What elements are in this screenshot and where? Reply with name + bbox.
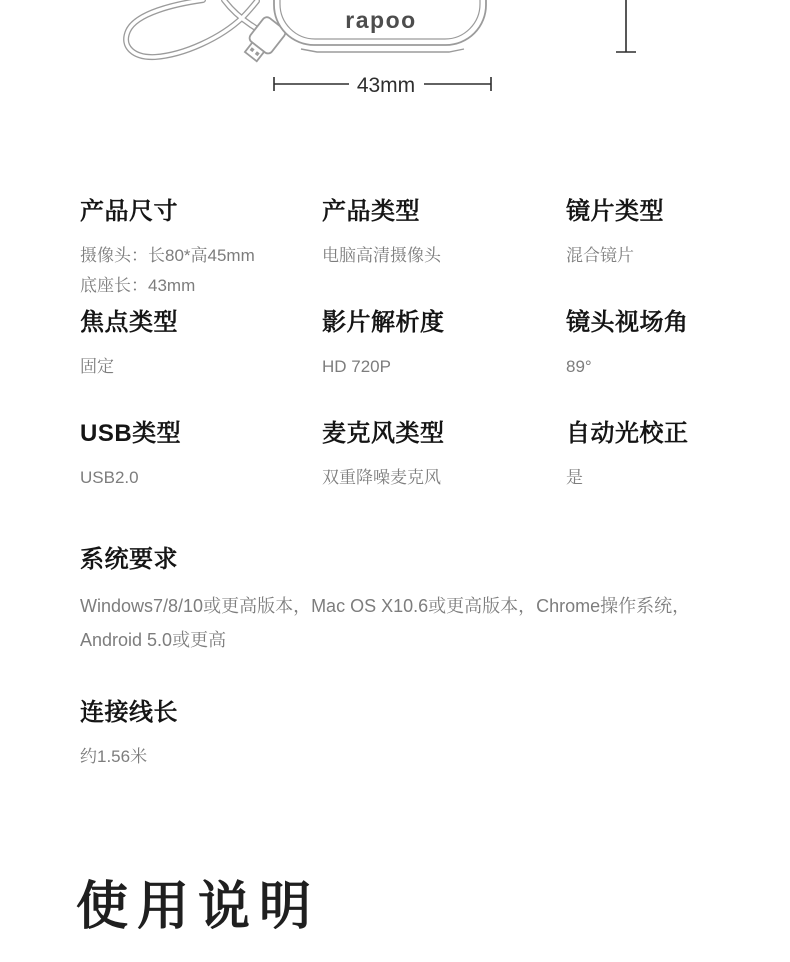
spec-label: 镜头视场角 (566, 309, 689, 337)
spec-label: 自动光校正 (566, 420, 689, 448)
spec-product-size: 产品尺寸 摄像头：长80*高45mm 底座长：43mm (80, 198, 255, 301)
spec-label: 麦克风类型 (322, 420, 445, 448)
spec-value: 混合镜片 (566, 241, 664, 271)
spec-label: 连接线长 (80, 699, 750, 727)
brand-logo: rapoo (345, 7, 416, 33)
spec-label: USB类型 (80, 420, 181, 448)
spec-label: 产品尺寸 (80, 198, 255, 226)
spec-label: 产品类型 (322, 198, 441, 226)
spec-video-resolution: 影片解析度 HD 720P (322, 309, 445, 382)
spec-label: 系统要求 (80, 546, 750, 574)
spec-field-of-view: 镜头视场角 89° (566, 309, 689, 382)
spec-value: 固定 (80, 352, 178, 382)
spec-value: 89° (566, 352, 689, 382)
spec-value: 双重降噪麦克风 (322, 463, 445, 493)
width-dimension-label: 43mm (357, 74, 415, 97)
spec-value: 是 (566, 463, 689, 493)
spec-usb-type: USB类型 USB2.0 (80, 420, 181, 493)
spec-auto-light-correction: 自动光校正 是 (566, 420, 689, 493)
spec-label: 镜片类型 (566, 198, 664, 226)
spec-value: USB2.0 (80, 463, 181, 493)
usb-cable-illustration (126, 0, 287, 65)
spec-value: 约1.56米 (80, 742, 750, 772)
base-stand-line (301, 49, 464, 52)
spec-value: HD 720P (322, 352, 445, 382)
spec-lens-type: 镜片类型 混合镜片 (566, 198, 664, 271)
webcam-base-outline: rapoo (274, 0, 486, 52)
spec-value: 电脑高清摄像头 (322, 241, 441, 271)
spec-focus-type: 焦点类型 固定 (80, 309, 178, 382)
spec-value: 摄像头：长80*高45mm 底座长：43mm (80, 241, 255, 301)
spec-system-requirements: 系统要求 Windows7/8/10或更高版本，Mac OS X10.6或更高版… (80, 546, 750, 657)
spec-label: 影片解析度 (322, 309, 445, 337)
product-dimension-drawing: rapoo 43mm (0, 0, 790, 112)
spec-value: Windows7/8/10或更高版本，Mac OS X10.6或更高版本，Chr… (80, 589, 750, 657)
spec-product-type: 产品类型 电脑高清摄像头 (322, 198, 441, 271)
spec-microphone-type: 麦克风类型 双重降噪麦克风 (322, 420, 445, 493)
product-detail-page: rapoo 43mm 产品尺寸 摄像头：长80*高45mm 底座长：43mm 产… (0, 0, 790, 962)
spec-cable-length: 连接线长 约1.56米 (80, 699, 750, 772)
height-dimension-line (616, 0, 636, 52)
spec-label: 焦点类型 (80, 309, 178, 337)
usage-instructions-title: 使用说明 (76, 872, 320, 942)
